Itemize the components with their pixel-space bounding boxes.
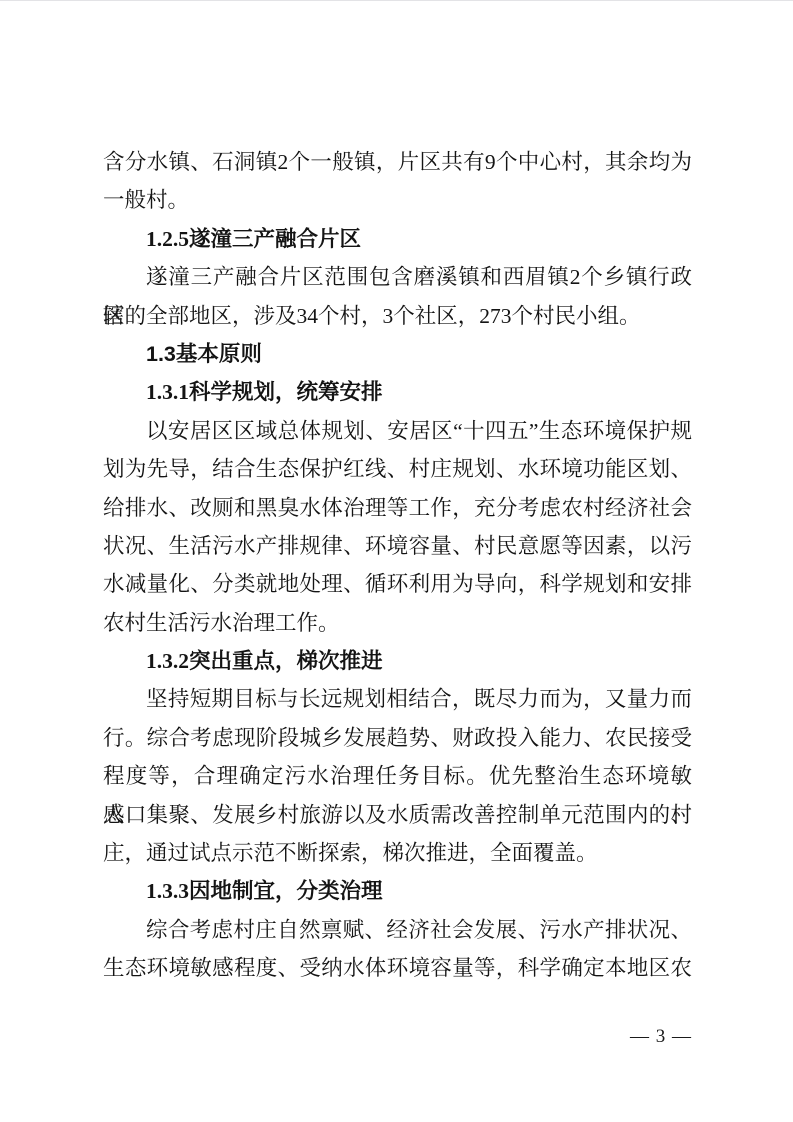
page-number: — 3 —	[630, 1024, 692, 1050]
text-line: 水减量化、分类就地处理、循环利用为导向，科学规划和安排	[103, 565, 692, 603]
text-line: 遂潼三产融合片区范围包含磨溪镇和西眉镇2个乡镇行政辖	[103, 258, 692, 296]
text-line: 人口集聚、发展乡村旅游以及水质需改善控制单元范围内的村	[103, 796, 692, 834]
document-page: 含分水镇、石洞镇2个一般镇，片区共有9个中心村，其余均为一般村。1.2.5遂潼三…	[0, 0, 793, 1122]
text-line: 状况、生活污水产排规律、环境容量、村民意愿等因素，以污	[103, 527, 692, 565]
heading-line: 1.3.1科学规划，统筹安排	[103, 373, 692, 411]
text-line: 坚持短期目标与长远规划相结合，既尽力而为，又量力而	[103, 680, 692, 718]
heading-line: 1.3.2突出重点，梯次推进	[103, 642, 692, 680]
heading-line: 1.3.3因地制宜，分类治理	[103, 872, 692, 910]
document-content: 含分水镇、石洞镇2个一般镇，片区共有9个中心村，其余均为一般村。1.2.5遂潼三…	[103, 143, 692, 988]
text-line: 庄，通过试点示范不断探索，梯次推进，全面覆盖。	[103, 834, 692, 872]
heading-line: 1.2.5遂潼三产融合片区	[103, 220, 692, 258]
text-line: 行。综合考虑现阶段城乡发展趋势、财政投入能力、农民接受	[103, 719, 692, 757]
text-line: 农村生活污水治理工作。	[103, 604, 692, 642]
text-line: 以安居区区域总体规划、安居区“十四五”生态环境保护规	[103, 412, 692, 450]
text-line: 生态环境敏感程度、受纳水体环境容量等，科学确定本地区农	[103, 949, 692, 987]
text-line: 含分水镇、石洞镇2个一般镇，片区共有9个中心村，其余均为	[103, 143, 692, 181]
text-line: 区的全部地区，涉及34个村，3个社区，273个村民小组。	[103, 297, 692, 335]
text-line: 程度等，合理确定污水治理任务目标。优先整治生态环境敏感、	[103, 757, 692, 795]
text-line: 给排水、改厕和黑臭水体治理等工作，充分考虑农村经济社会	[103, 489, 692, 527]
text-line: 划为先导，结合生态保护红线、村庄规划、水环境功能区划、	[103, 450, 692, 488]
heading-line: 1.3基本原则	[103, 335, 692, 373]
text-line: 综合考虑村庄自然禀赋、经济社会发展、污水产排状况、	[103, 911, 692, 949]
text-line: 一般村。	[103, 181, 692, 219]
